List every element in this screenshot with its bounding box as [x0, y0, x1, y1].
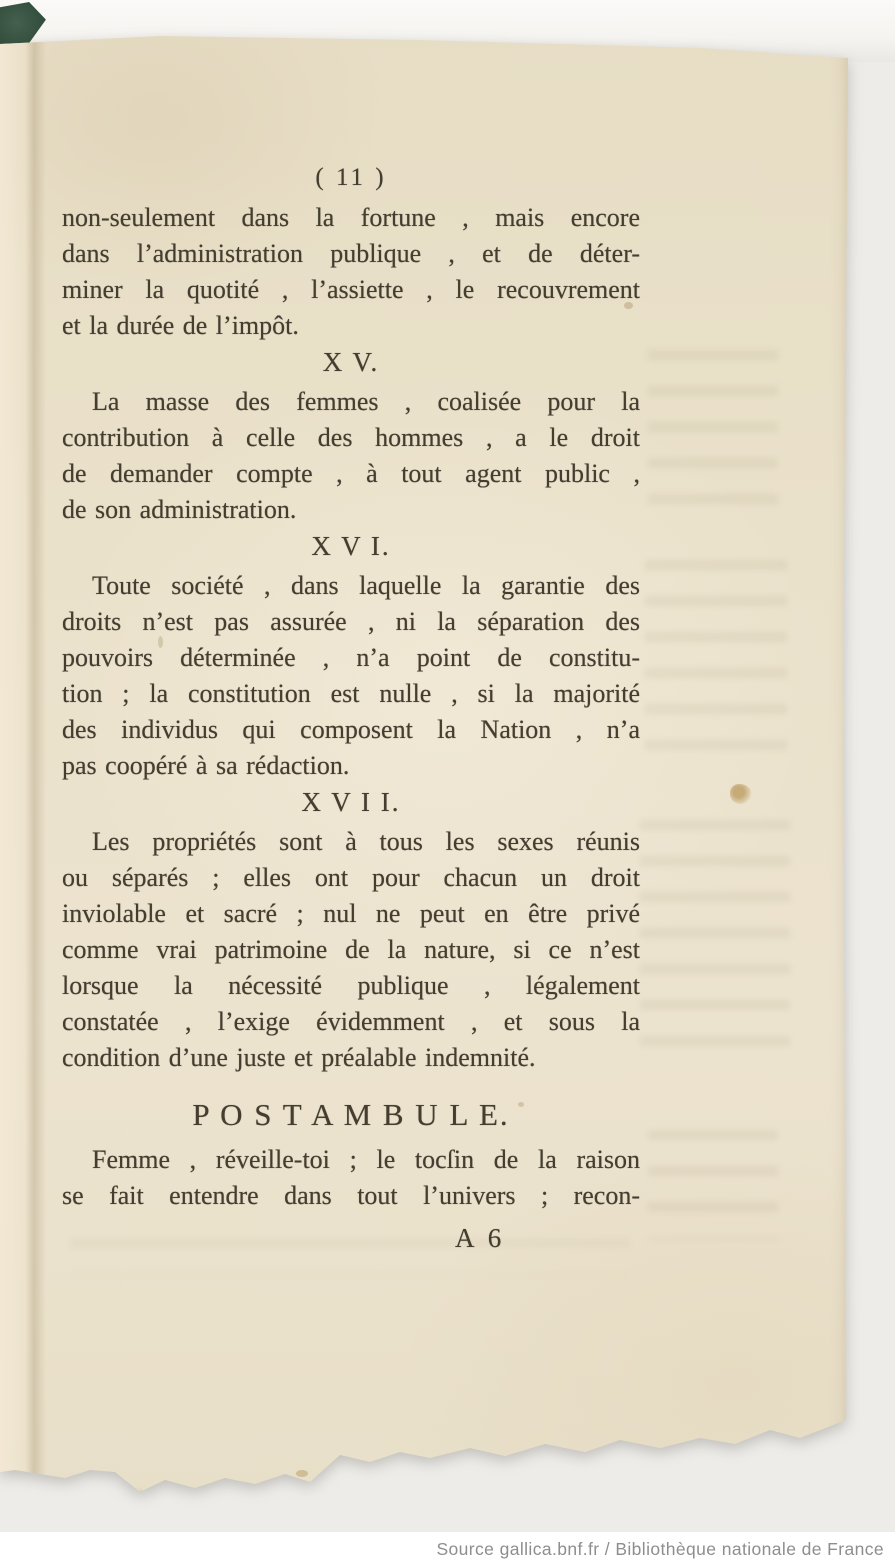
article-xvi-text: Toute société , dans laquelle la garanti… — [62, 568, 640, 784]
foxing-spot — [730, 784, 752, 804]
text-line: dans l’administration publique , et de d… — [62, 236, 640, 272]
text-line: ou séparés ; elles ont pour chacun un dr… — [62, 860, 640, 896]
text-line: Les propriétés sont à tous les sexes réu… — [62, 824, 640, 860]
article-xv-text: La masse des femmes , coalisée pour laco… — [62, 384, 640, 528]
source-attribution: Source gallica.bnf.fr / Bibliothèque nat… — [436, 1539, 895, 1560]
book-page-paper: ( 11 ) non-seulement dans la fortune , m… — [0, 0, 852, 1500]
text-line: condition d’une juste et préalable indem… — [62, 1040, 640, 1076]
text-line: et la durée de l’impôt. — [62, 308, 640, 344]
printed-text-block: ( 11 ) non-seulement dans la fortune , m… — [62, 160, 640, 1254]
verso-show-through — [645, 560, 787, 770]
postambule-text: Femme , réveille-toi ; le tocſin de la r… — [62, 1142, 640, 1214]
text-line: tion ; la constitution est nulle , si la… — [62, 676, 640, 712]
paragraph-continuation: non-seulement dans la fortune , mais enc… — [62, 200, 640, 344]
page-shadow-wrapper: ( 11 ) non-seulement dans la fortune , m… — [0, 0, 860, 1520]
text-line: inviolable et sacré ; nul ne peut en êtr… — [62, 896, 640, 932]
signature-mark: A 6 — [455, 1222, 640, 1254]
article-xv-heading: X V. — [62, 344, 640, 380]
text-line: lorsque la nécessité publique , légaleme… — [62, 968, 640, 1004]
text-line: de demander compte , à tout agent public… — [62, 456, 640, 492]
text-line: comme vrai patrimoine de la nature, si c… — [62, 932, 640, 968]
text-line: La masse des femmes , coalisée pour la — [62, 384, 640, 420]
verso-show-through — [640, 820, 790, 1070]
verso-show-through — [648, 1130, 778, 1240]
text-line: des individus qui composent la Nation , … — [62, 712, 640, 748]
gallica-footer-bar: Source gallica.bnf.fr / Bibliothèque nat… — [0, 1532, 895, 1566]
text-line: Toute société , dans laquelle la garanti… — [62, 568, 640, 604]
text-line: de son administration. — [62, 492, 640, 528]
page-number: ( 11 ) — [62, 160, 640, 196]
scanned-book-page: ( 11 ) non-seulement dans la fortune , m… — [0, 0, 895, 1566]
text-line: contribution à celle des hommes , a le d… — [62, 420, 640, 456]
verso-show-through — [648, 350, 778, 520]
text-line: constatée , l’exige évidemment , et sous… — [62, 1004, 640, 1040]
binding-crease — [0, 30, 46, 1490]
article-xvii-text: Les propriétés sont à tous les sexes réu… — [62, 824, 640, 1076]
foxing-spot — [296, 1470, 308, 1477]
article-xvi-heading: X V I. — [62, 528, 640, 564]
text-line: Femme , réveille-toi ; le tocſin de la r… — [62, 1142, 640, 1178]
text-line: droits n’est pas assurée , ni la séparat… — [62, 604, 640, 640]
text-line: pas coopéré à sa rédaction. — [62, 748, 640, 784]
paper-fibre — [132, 1488, 141, 1522]
postambule-heading: P O S T A M B U L E. — [62, 1092, 640, 1138]
text-line: pouvoirs déterminée , n’a point de const… — [62, 640, 640, 676]
text-line: miner la quotité , l’assiette , le recou… — [62, 272, 640, 308]
article-xvii-heading: X V I I. — [62, 784, 640, 820]
text-line: non-seulement dans la fortune , mais enc… — [62, 200, 640, 236]
text-line: se fait entendre dans tout l’univers ; r… — [62, 1178, 640, 1214]
